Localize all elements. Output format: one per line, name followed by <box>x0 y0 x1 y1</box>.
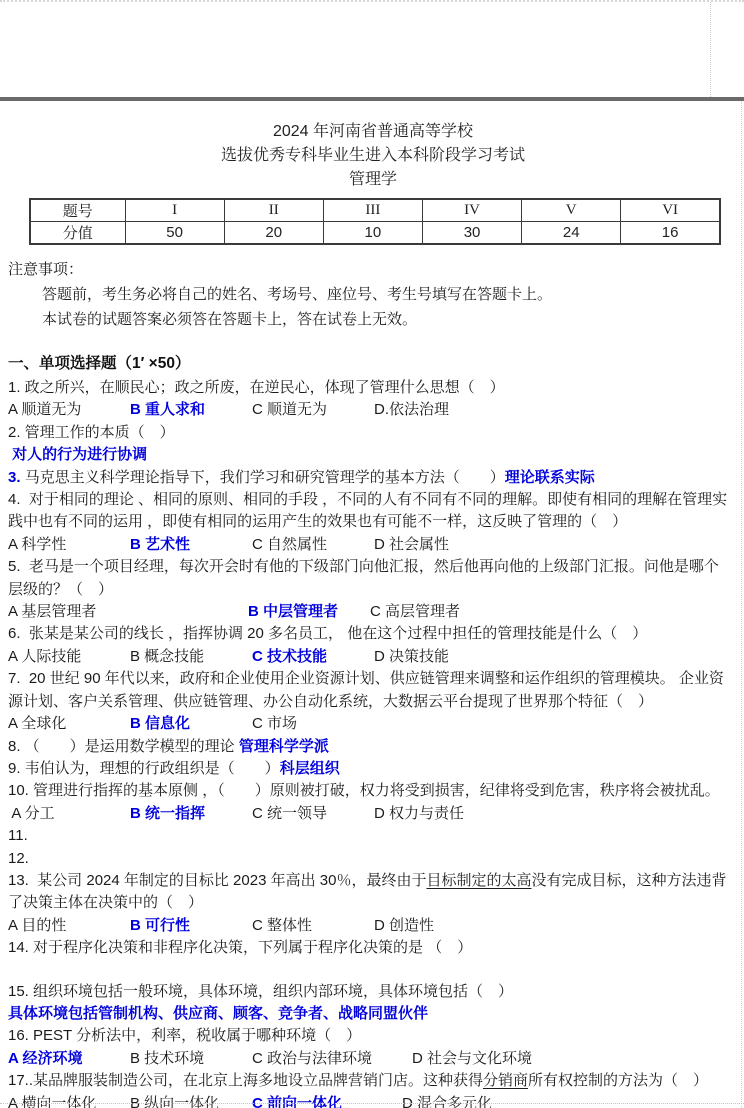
text-segment: 马克思主义科学理论指导下，我们学习和研究管理学的基本方法（ ） <box>25 469 505 486</box>
text-segment: 7. 20 世纪 90 年代以来，政府和企业使用企业资源计划、供应链管理来调整和… <box>8 670 724 687</box>
question-line: 9. 韦伯认为，理想的行政组织是（ ）科层组织 <box>8 758 738 780</box>
answer-text: 对人的行为进行协调 <box>8 446 147 463</box>
question-line: 5. 老马是一个项目经理，每次开会时有他的下级部门向他汇报，然后他再向他的上级部… <box>8 556 738 578</box>
question-line: 6. 张某是某公司的线长 ，指挥协调 20 多名员工， 他在这个过程中担任的管理… <box>8 623 738 645</box>
exam-title-block: 2024 年河南省普通高等学校 选拔优秀专科毕业生进入本科阶段学习考试 管理学 <box>8 120 738 192</box>
option: D.依法治理 <box>374 399 496 421</box>
option: C 整体性 <box>252 915 374 937</box>
question-15: 15. 组织环境包括一般环境，具体环境，组织内部环境，具体环境包括（ ）具体环境… <box>8 981 738 1026</box>
option: D 混合多元化 <box>402 1093 524 1108</box>
answer-text: 3. <box>8 469 25 486</box>
answer-text: 具体环境包括管制机构、供应商、顾客、竞争者、战略同盟伙伴 <box>8 1005 428 1022</box>
text-segment: 4. 对于相同的理论 、相同的原则、相同的手段 ，不同的人有不同有不同的理解。即… <box>8 491 727 508</box>
options-row: A 基层管理者B 中层管理者C 高层管理者 <box>8 601 738 623</box>
question-12: 12. <box>8 848 738 870</box>
score-cell: 50 <box>125 222 224 245</box>
question-line: 4. 对于相同的理论 、相同的原则、相同的手段 ，不同的人有不同有不同的理解。即… <box>8 489 738 511</box>
option: B 概念技能 <box>130 646 252 668</box>
text-segment: 12. <box>8 850 29 867</box>
question-line: 了决策主体在决策中的（ ） <box>8 892 738 914</box>
text-segment: 分销商 <box>483 1072 528 1089</box>
question-4: 4. 对于相同的理论 、相同的原则、相同的手段 ，不同的人有不同有不同的理解。即… <box>8 489 738 556</box>
option: B 纵向一体化 <box>130 1093 252 1108</box>
question-line: 2. 管理工作的本质（ ） <box>8 422 738 444</box>
option: C 自然属性 <box>252 534 374 556</box>
question-14: 14. 对于程序化决策和非程序化决策，下列属于程序化决策的是 （ ） <box>8 937 738 959</box>
option: A 人际技能 <box>8 646 130 668</box>
answer-text: 科层组织 <box>280 760 340 777</box>
question-line: 10. 管理进行指挥的基本原侧 ，（ ）原则被打破，权力将受到损害，纪律将受到危… <box>8 780 738 802</box>
text-segment: 16. PEST 分析法中，利率，税收属于哪种环境（ ） <box>8 1027 361 1044</box>
answer-option: C 前向一体化 <box>252 1093 402 1108</box>
text-segment: 10. 管理进行指挥的基本原侧 ，（ ）原则被打破，权力将受到损害，纪律将受到危… <box>8 782 720 799</box>
text-segment: 8. （ ）是运用数学模型的理论 <box>8 738 239 755</box>
question-line: 17..某品牌服装制造公司，在北京上海多地设立品牌营销门店。这种获得分销商所有权… <box>8 1070 738 1092</box>
score-cell: IV <box>422 199 521 222</box>
text-segment: 所有权控制的方法为（ ） <box>528 1072 708 1089</box>
text-segment: 目标制定的太高 <box>426 872 531 889</box>
answer-option: B 统一指挥 <box>130 803 252 825</box>
option: A 基层管理者 <box>8 601 248 623</box>
question-2: 2. 管理工作的本质（ ） 对人的行为进行协调 <box>8 422 738 467</box>
text-segment: 13. 某公司 2024 年制定的目标比 2023 年高出 30％，最终由于 <box>8 872 426 889</box>
top-margin-band <box>0 0 744 97</box>
notice-line-2: 本试卷的试题答案必须答在答题卡上，答在试卷上无效。 <box>8 307 738 332</box>
notice-line-1: 答题前，考生务必将自己的姓名、考场号、座位号、考生号填写在答题卡上。 <box>8 282 738 307</box>
question-line: 8. （ ）是运用数学模型的理论 管理科学学派 <box>8 736 738 758</box>
question-line: 15. 组织环境包括一般环境，具体环境，组织内部环境，具体环境包括（ ） <box>8 981 738 1003</box>
score-table-header-row: 题号 I II III IV V VI <box>30 199 720 222</box>
text-segment: 15. 组织环境包括一般环境，具体环境，组织内部环境，具体环境包括（ ） <box>8 983 513 1000</box>
question-line: 对人的行为进行协调 <box>8 444 738 466</box>
score-cell: V <box>522 199 621 222</box>
right-guide-line <box>741 101 742 1108</box>
option: A 分工 <box>8 803 130 825</box>
question-13: 13. 某公司 2024 年制定的目标比 2023 年高出 30％，最终由于目标… <box>8 870 738 937</box>
option: A 全球化 <box>8 713 130 735</box>
score-cell: 分值 <box>30 222 125 245</box>
text-segment: 17..某品牌服装制造公司，在北京上海多地设立品牌营销门店。这种获得 <box>8 1072 483 1089</box>
text-segment: 9. 韦伯认为，理想的行政组织是（ ） <box>8 760 280 777</box>
text-segment: 源计划、客户关系管理、供应链管理、办公自动化系统，大数据云平台提现了世界那个特征… <box>8 693 653 710</box>
option: C 市场 <box>252 713 374 735</box>
text-segment: 践中也有不同的运用 ，即使有相同的运用产生的效果也有可能不一样，这反映了管理的（… <box>8 513 627 530</box>
options-row: A 分工B 统一指挥C 统一领导D 权力与责任 <box>8 803 738 825</box>
answer-option: B 中层管理者 <box>248 601 370 623</box>
score-cell: 24 <box>522 222 621 245</box>
answer-option: A 经济环境 <box>8 1048 130 1070</box>
option: B 技术环境 <box>130 1048 252 1070</box>
question-8: 8. （ ）是运用数学模型的理论 管理科学学派 <box>8 736 738 758</box>
question-line: 13. 某公司 2024 年制定的目标比 2023 年高出 30％，最终由于目标… <box>8 870 738 892</box>
text-segment: 6. 张某是某公司的线长 ，指挥协调 20 多名员工， 他在这个过程中担任的管理… <box>8 625 647 642</box>
options-row: A 人际技能B 概念技能C 技术技能D 决策技能 <box>8 646 738 668</box>
question-1: 1. 政之所兴，在顺民心；政之所废，在逆民心，体现了管理什么思想（ ）A 顺道无… <box>8 377 738 422</box>
question-9: 9. 韦伯认为，理想的行政组织是（ ）科层组织 <box>8 758 738 780</box>
answer-option: B 重人求和 <box>130 399 252 421</box>
bottom-guide-line <box>0 1103 744 1104</box>
exam-title-line-1: 2024 年河南省普通高等学校 <box>8 120 738 144</box>
score-cell: VI <box>621 199 720 222</box>
question-line: 具体环境包括管制机构、供应商、顾客、竞争者、战略同盟伙伴 <box>8 1003 738 1025</box>
answer-option: C 技术技能 <box>252 646 374 668</box>
question-7: 7. 20 世纪 90 年代以来，政府和企业使用企业资源计划、供应链管理来调整和… <box>8 668 738 735</box>
option: C 高层管理者 <box>370 601 492 623</box>
document-content: 2024 年河南省普通高等学校 选拔优秀专科毕业生进入本科阶段学习考试 管理学 … <box>0 101 744 1108</box>
question-line: 11. <box>8 825 738 847</box>
option: D 社会属性 <box>374 534 496 556</box>
answer-option: B 艺术性 <box>130 534 252 556</box>
question-list: 1. 政之所兴，在顺民心；政之所废，在逆民心，体现了管理什么思想（ ）A 顺道无… <box>8 377 738 1108</box>
options-row: A 科学性B 艺术性C 自然属性D 社会属性 <box>8 534 738 556</box>
question-line: 14. 对于程序化决策和非程序化决策，下列属于程序化决策的是 （ ） <box>8 937 738 959</box>
answer-option: B 可行性 <box>130 915 252 937</box>
question-5: 5. 老马是一个项目经理，每次开会时有他的下级部门向他汇报，然后他再向他的上级部… <box>8 556 738 623</box>
text-segment: 1. 政之所兴，在顺民心；政之所废，在逆民心，体现了管理什么思想（ ） <box>8 379 505 396</box>
question-6: 6. 张某是某公司的线长 ，指挥协调 20 多名员工， 他在这个过程中担任的管理… <box>8 623 738 668</box>
options-row: A 横向一体化B 纵向一体化C 前向一体化D 混合多元化 <box>8 1093 738 1108</box>
question-11: 11. <box>8 825 738 847</box>
options-row: A 目的性B 可行性C 整体性D 创造性 <box>8 915 738 937</box>
score-cell: 10 <box>323 222 422 245</box>
question-line: 16. PEST 分析法中，利率，税收属于哪种环境（ ） <box>8 1025 738 1047</box>
score-cell: 30 <box>422 222 521 245</box>
vertical-guide-line <box>710 2 711 97</box>
text-segment: 了决策主体在决策中的（ ） <box>8 894 203 911</box>
option: D 社会与文化环境 <box>412 1048 534 1070</box>
text-segment: 层级的？（ ） <box>8 581 113 598</box>
score-table: 题号 I II III IV V VI 分值 50 20 10 30 24 16 <box>29 198 721 245</box>
option: C 顺道无为 <box>252 399 374 421</box>
exam-title-line-2: 选拔优秀专科毕业生进入本科阶段学习考试 <box>8 144 738 168</box>
notice-heading: 注意事项： <box>8 257 738 282</box>
question-16: 16. PEST 分析法中，利率，税收属于哪种环境（ ）A 经济环境B 技术环境… <box>8 1025 738 1070</box>
answer-text: 理论联系实际 <box>505 469 595 486</box>
question-3: 3. 马克思主义科学理论指导下，我们学习和研究管理学的基本方法（ ）理论联系实际 <box>8 467 738 489</box>
option: A 横向一体化 <box>8 1093 130 1108</box>
option: D 权力与责任 <box>374 803 496 825</box>
question-line: 3. 马克思主义科学理论指导下，我们学习和研究管理学的基本方法（ ）理论联系实际 <box>8 467 738 489</box>
question-line: 1. 政之所兴，在顺民心；政之所废，在逆民心，体现了管理什么思想（ ） <box>8 377 738 399</box>
text-segment: 11. <box>8 827 28 844</box>
answer-text: 管理科学学派 <box>239 738 329 755</box>
option: A 科学性 <box>8 534 130 556</box>
options-row: A 顺道无为B 重人求和C 顺道无为D.依法治理 <box>8 399 738 421</box>
answer-option: B 信息化 <box>130 713 252 735</box>
option: A 顺道无为 <box>8 399 130 421</box>
options-row: A 全球化B 信息化C 市场 <box>8 713 738 735</box>
options-row: A 经济环境B 技术环境C 政治与法律环境D 社会与文化环境 <box>8 1048 738 1070</box>
score-cell: 16 <box>621 222 720 245</box>
question-line: 源计划、客户关系管理、供应链管理、办公自动化系统，大数据云平台提现了世界那个特征… <box>8 691 738 713</box>
option: C 政治与法律环境 <box>252 1048 412 1070</box>
option: D 创造性 <box>374 915 496 937</box>
text-segment: 没有完成目标，这种方法违背 <box>531 872 726 889</box>
option: C 统一领导 <box>252 803 374 825</box>
score-table-value-row: 分值 50 20 10 30 24 16 <box>30 222 720 245</box>
exam-document-page: { "page": { "accent_blue": "#0000dd", "d… <box>0 0 744 1108</box>
score-cell: II <box>224 199 323 222</box>
question-line: 7. 20 世纪 90 年代以来，政府和企业使用企业资源计划、供应链管理来调整和… <box>8 668 738 690</box>
question-10: 10. 管理进行指挥的基本原侧 ，（ ）原则被打破，权力将受到损害，纪律将受到危… <box>8 780 738 825</box>
score-cell: 题号 <box>30 199 125 222</box>
question-line: 12. <box>8 848 738 870</box>
question-line: 践中也有不同的运用 ，即使有相同的运用产生的效果也有可能不一样，这反映了管理的（… <box>8 511 738 533</box>
exam-subject-title: 管理学 <box>8 168 738 192</box>
text-segment: 14. 对于程序化决策和非程序化决策，下列属于程序化决策的是 （ ） <box>8 939 472 956</box>
score-cell: 20 <box>224 222 323 245</box>
text-segment: 2. 管理工作的本质（ ） <box>8 424 175 441</box>
score-cell: III <box>323 199 422 222</box>
option: D 决策技能 <box>374 646 496 668</box>
option: A 目的性 <box>8 915 130 937</box>
score-cell: I <box>125 199 224 222</box>
section-heading: 一、单项选择题（1′ ×50） <box>8 352 738 376</box>
text-segment: 5. 老马是一个项目经理，每次开会时有他的下级部门向他汇报，然后他再向他的上级部… <box>8 558 719 575</box>
question-line: 层级的？（ ） <box>8 579 738 601</box>
